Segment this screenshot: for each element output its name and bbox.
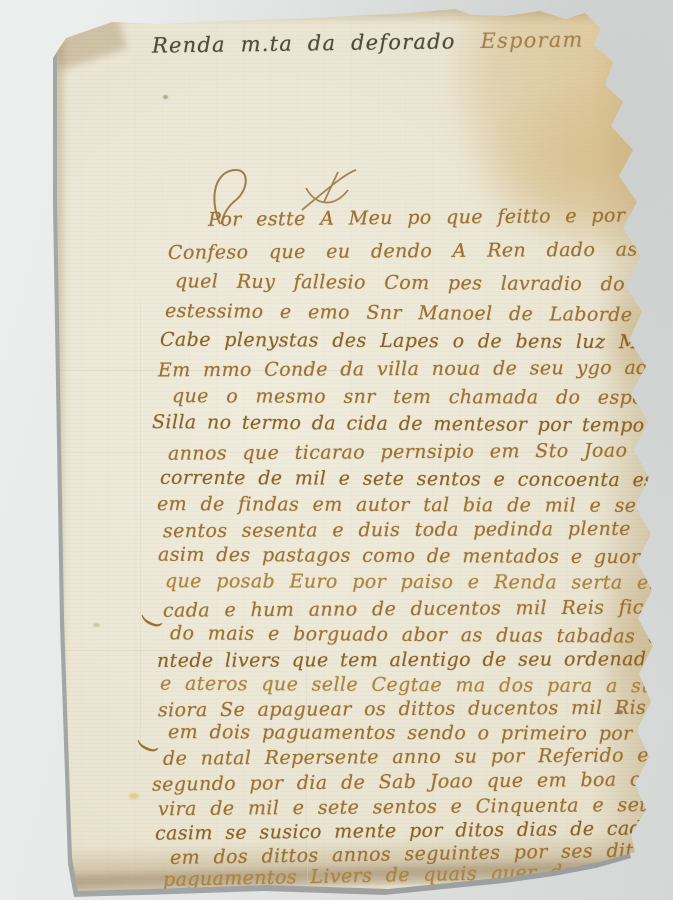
manuscript-line: em de findas em autor tal bia de mil e s… xyxy=(157,493,656,517)
manuscript-line: que o mesmo snr tem chamada do esperc xyxy=(172,385,664,409)
manuscript-line: Silla no termo da cida de mentesor por t… xyxy=(152,411,673,437)
manuscript-line: annos que ticarao pernsipio em Sto Joao … xyxy=(168,439,667,464)
paper-speck xyxy=(129,793,139,799)
manuscript-line: siora Se apaguear os dittos ducentos mil… xyxy=(158,697,646,722)
paper-speck xyxy=(163,95,168,99)
manuscript-line: Confeso que eu dendo A Ren dado as x p xyxy=(168,238,673,264)
manuscript-line: Cabe plenystas des Lapes o de bens luz M… xyxy=(160,329,659,354)
manuscript-line: ntede livers que tem alentigo de seu ord… xyxy=(157,648,658,672)
manuscript-line: estessimo e emo Snr Manoel de Laborde xyxy=(165,300,633,326)
folded-corner-toning xyxy=(49,16,128,71)
manuscript-paper: Renda m.ta da deforado Esporam d.o de Mo… xyxy=(0,0,673,900)
manuscript-line: de natal Repersente anno su por Referido… xyxy=(163,744,659,769)
photo-background: Renda m.ta da deforado Esporam d.o de Mo… xyxy=(0,0,673,900)
edge-toning-top xyxy=(56,6,616,24)
margin-hook-mark: ( xyxy=(132,740,161,755)
manuscript-line: Por estte A Meu po que feitto e por min … xyxy=(208,203,673,231)
manuscript-line: sentos sesenta e duis toda pedinda plent… xyxy=(163,518,631,542)
manuscript-line: cada e hum anno de ducentos mil Reis fic… xyxy=(163,596,656,621)
manuscript-line: em dois paguamentos sendo o primeiro por… xyxy=(168,721,673,745)
paper-speck xyxy=(93,623,100,627)
manuscript-line: que posab Euro por paiso e Renda serta e… xyxy=(165,570,667,594)
manuscript-line: asim des pastagos como de mentados e guo… xyxy=(158,544,660,569)
header-inscription-dark: Renda m.ta da deforado xyxy=(152,29,456,57)
manuscript-line: e ateros que selle Cegtae ma dos para a … xyxy=(160,673,666,698)
manuscript-line: segundo por dia de Sab Joao que em boa o… xyxy=(152,768,663,795)
header-inscription-faded: Esporam d.o de Montela xyxy=(480,25,673,53)
fold-crease xyxy=(140,300,142,760)
margin-hook-mark: ( xyxy=(136,615,165,630)
manuscript-line: corrente de mil e sete sentos e concoent… xyxy=(160,467,654,492)
manuscript-line: do mais e borguado abor as duas tabadas … xyxy=(170,622,673,648)
header-inscription: Renda m.ta da deforado Esporam d.o de Mo… xyxy=(152,26,664,57)
manuscript-line: quel Ruy fallesio Com pes lavradio do er xyxy=(175,270,665,295)
manuscript-line: vira de mil e sete sentos e Cinquenta e … xyxy=(158,794,667,820)
manuscript-line: Em mmo Conde da villa noua de seu ygo ad… xyxy=(158,357,673,382)
